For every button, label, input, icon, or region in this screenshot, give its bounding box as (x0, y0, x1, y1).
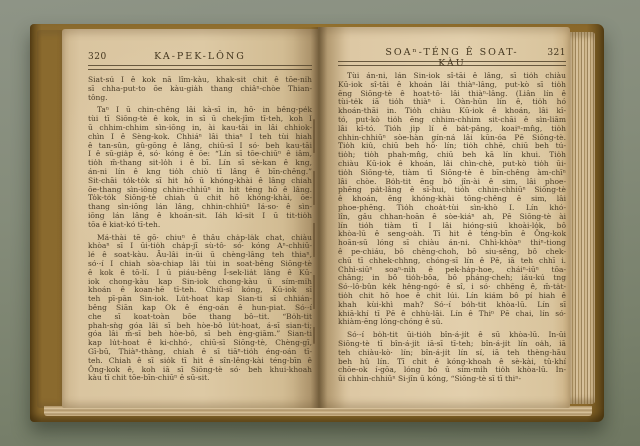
left-text-block: 320 KA-PEK-LÔNG Siat-sú I ê kok nā lîm-k… (88, 51, 312, 383)
right-page: SOAⁿ-TÉNG Ê SOAT-KÀU 321 Tùi án-ni, lán … (318, 27, 570, 408)
binding-stitch (313, 119, 315, 344)
paragraph: Só·-í bo̍h-tit ūi-tio̍h bîn-á-ji̍t ê sū … (338, 331, 566, 384)
paragraph: Tùi án-ni, lán Sin-iok sî-tāi ê lâng, sī… (338, 72, 566, 327)
paragraph: Taⁿ I ū chin-chêng lâi kà-sī in, hō· in … (88, 106, 312, 229)
left-running-title: KA-PEK-LÔNG (122, 51, 278, 62)
right-page-body: Tùi án-ni, lán Sin-iok sî-tāi ê lâng, sī… (338, 72, 566, 384)
open-book: 320 KA-PEK-LÔNG Siat-sú I ê kok nā lîm-k… (30, 24, 604, 422)
left-page-header: 320 KA-PEK-LÔNG (88, 51, 312, 63)
header-rule (338, 61, 566, 66)
paragraph: Siat-sú I ê kok nā lîm-kàu, khak-sit chi… (88, 76, 312, 102)
page-edges-left (37, 30, 62, 408)
paragraph: Má-thài tē gō· chiuⁿ ê thâu cha̍p-la̍k c… (88, 234, 312, 384)
text-line: sī chha-put-to ōe kàu-gia̍h thang chiâⁿ-… (88, 85, 312, 94)
left-page-body: Siat-sú I ê kok nā lîm-kàu, khak-sit chi… (88, 76, 312, 383)
header-rule (88, 65, 312, 70)
left-page-number: 320 (88, 52, 122, 62)
text-line: kàu tī chit tōe-bīn-chiūⁿ ê sū-sit. (88, 374, 312, 383)
text-line: khiàm-ēng lóng-chóng ê sū. (338, 318, 566, 327)
text-line: tōa ê kiat-kó tī-teh. (88, 221, 312, 230)
page-edges-right (570, 32, 595, 404)
text-line: ūi chhin-chhiūⁿ Si-jîn ū kóng, “Siōng-tè… (338, 375, 566, 384)
left-page: 320 KA-PEK-LÔNG Siat-sú I ê kok nā lîm-k… (62, 29, 318, 408)
right-text-block: SOAⁿ-TÉNG Ê SOAT-KÀU 321 Tùi án-ni, lán … (338, 47, 566, 384)
right-page-header: SOAⁿ-TÉNG Ê SOAT-KÀU 321 (338, 47, 566, 59)
text-line: tông. (88, 94, 312, 103)
photo-background: 320 KA-PEK-LÔNG Siat-sú I ê kok nā lîm-k… (0, 0, 640, 446)
right-page-number: 321 (532, 48, 566, 58)
